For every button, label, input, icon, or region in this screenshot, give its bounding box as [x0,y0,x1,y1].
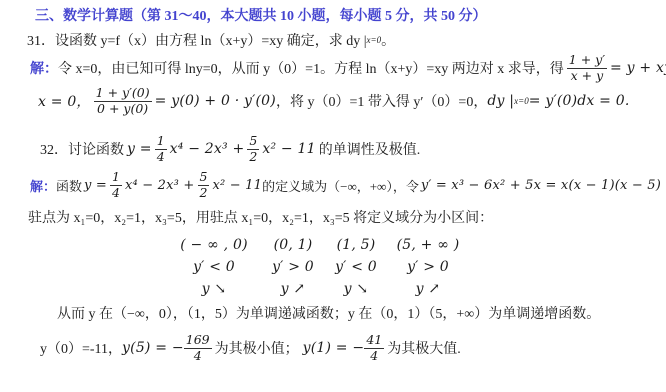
fraction-denominator: 2 [198,186,210,200]
solution-32-derivative-equation: y′ = x³ − 6x² + 5x = x(x − 1)(x − 5) =0 [421,178,666,193]
solution-31-line-1: 解： 令 x=0，由已知可得 lny=0，从而 y（0）=1。方程 ln（x+y… [30,51,666,85]
fraction-denominator: 2 [247,150,259,164]
fraction-numerator: 1 + y′(0) [94,86,152,101]
solution-32-label: 解： [30,176,56,195]
sign-cell: y′ > 0 [386,259,470,275]
fraction-41-over-4: 41 4 [364,333,384,363]
fraction-numerator: 1 + y′ [567,53,607,68]
question-32: 32．讨论函数 y = 1 4 x⁴ − 2x³ + 5 2 x² − 11 的… [40,131,420,167]
fraction-denominator: 4 [155,150,167,164]
extrema-y5-equals: y(5) = − [122,340,184,356]
solution-31-line-2-equation: = y(0) + 0 · y′(0) [155,93,276,109]
question-31-period: 。 [381,30,395,50]
extrema-maximum-label: 为其极大值. [387,338,461,358]
solution-31-line-1-equation: = y + xy′ [610,60,666,76]
solution-31-line-1-text: 令 x=0，由已知可得 lny=0，从而 y（0）=1。方程 ln（x+y）=x… [58,58,564,78]
interval-cell: (5, + ∞ ) [386,237,470,253]
solution-31-line-2: x = 0， 1 + y′(0) 0 + y(0) = y(0) + 0 · y… [38,84,630,118]
fraction-denominator: 4 [368,349,380,363]
fraction-numerator: 169 [184,333,212,348]
stationary-points-text: 驻点为 x₁=0，x₂=1，x₃=5，用驻点 x₁=0，x₂=1，x₃=5 将定… [28,207,493,227]
stationary-points-line: 驻点为 x₁=0，x₂=1，x₃=5，用驻点 x₁=0，x₂=1，x₃=5 将定… [28,207,493,227]
trend-cell: y ↗ [386,281,470,297]
question-32-polynomial-end: x² − 11 [262,141,315,157]
section-title-text: 三、数学计算题（第 31～40，本大题共 10 小题，每小题 5 分，共 50 … [35,5,487,25]
extrema-y1-equals: y(1) = − [303,340,365,356]
fraction-denominator: 4 [110,186,122,200]
monotonicity-conclusion-text: 从而 y 在（−∞，0），（1，5）为单调递减函数；y 在（0，1）（5，+∞）… [57,303,600,323]
fraction-five-halves: 5 2 [247,134,259,164]
interval-cell: (1, 5) [326,237,386,253]
fraction-numerator: 1 [110,170,122,185]
fraction-numerator: 41 [364,333,384,348]
fraction-denominator: x + y [569,69,606,83]
fraction-numerator: 1 [155,134,167,149]
solution-31-line-2-result: = y′(0)dx = 0. [529,93,630,109]
fraction-five-halves: 5 2 [198,170,210,200]
table-row-intervals: ( − ∞ , 0) (0, 1) (1, 5) (5, + ∞ ) [168,234,470,256]
question-31: 31．设函数 y=f（x）由方程 ln（x+y）=xy 确定，求 dy |x=0… [27,30,395,50]
fraction-denominator: 0 + y(0) [95,102,150,116]
table-row-trend-arrows: y ↘ y ↗ y ↘ y ↗ [168,278,470,300]
fraction-1plusyprime-over-xplusy: 1 + y′ x + y [567,53,607,83]
extrema-y0-value: y（0）=-11， [40,338,122,358]
solution-32-line-1-pre: 函数 [56,176,82,195]
solution-31-line-2-x0: x = 0， [38,91,91,111]
question-32-text: 32．讨论函数 [40,139,124,159]
question-32-y-equals: y = [127,141,152,157]
fraction-one-quarter: 1 4 [110,170,122,200]
table-row-derivative-signs: y′ < 0 y′ > 0 y′ < 0 y′ > 0 [168,256,470,278]
interval-cell: (0, 1) [260,237,326,253]
fraction-one-quarter: 1 4 [155,134,167,164]
interval-cell: ( − ∞ , 0) [168,237,260,253]
solution-32-domain-text: 的定义域为（−∞，+∞），令 [262,176,419,195]
question-32-polynomial-mid: x⁴ − 2x³ + [170,141,245,157]
question-31-text: 31．设函数 y=f（x）由方程 ln（x+y）=xy 确定，求 dy | [27,30,367,50]
solution-31-line-2-text: ，将 y（0）=1 带入得 y′（0）=0， [276,91,487,111]
fraction-numerator: 5 [247,134,259,149]
sign-cell: y′ > 0 [260,259,326,275]
solution-32-y-equals: y = [84,178,107,193]
trend-cell: y ↗ [260,281,326,297]
question-32-tail: 的单调性及极值. [319,139,421,159]
solution-32-polynomial-end: x² − 11 [212,178,262,193]
fraction-169-over-4: 169 4 [184,333,212,363]
fraction-numerator: 5 [198,170,210,185]
trend-cell: y ↘ [168,281,260,297]
solution-31-label: 解： [30,58,58,78]
solution-31-line-2-dy: dy | [487,93,514,109]
monotonicity-conclusion-line: 从而 y 在（−∞，0），（1，5）为单调递减函数；y 在（0，1）（5，+∞）… [57,303,600,323]
fraction-substituted-x0: 1 + y′(0) 0 + y(0) [94,86,152,116]
solution-31-line-2-dy-subscript: x=0 [514,96,529,106]
extrema-minimum-label: 为其极小值； [215,338,299,358]
solution-32-line-1: 解： 函数 y = 1 4 x⁴ − 2x³ + 5 2 x² − 11 的定义… [30,167,666,203]
sign-cell: y′ < 0 [326,259,386,275]
document-page: 三、数学计算题（第 31～40，本大题共 10 小题，每小题 5 分，共 50 … [0,0,666,392]
monotonicity-table: ( − ∞ , 0) (0, 1) (1, 5) (5, + ∞ ) y′ < … [168,234,470,300]
extrema-line: y（0）=-11， y(5) = − 169 4 为其极小值； y(1) = −… [40,330,461,366]
trend-cell: y ↘ [326,281,386,297]
fraction-denominator: 4 [192,349,204,363]
solution-32-polynomial-mid: x⁴ − 2x³ + [125,178,195,193]
section-title: 三、数学计算题（第 31～40，本大题共 10 小题，每小题 5 分，共 50 … [35,5,487,25]
sign-cell: y′ < 0 [168,259,260,275]
question-31-subscript: x=0 [367,35,382,45]
